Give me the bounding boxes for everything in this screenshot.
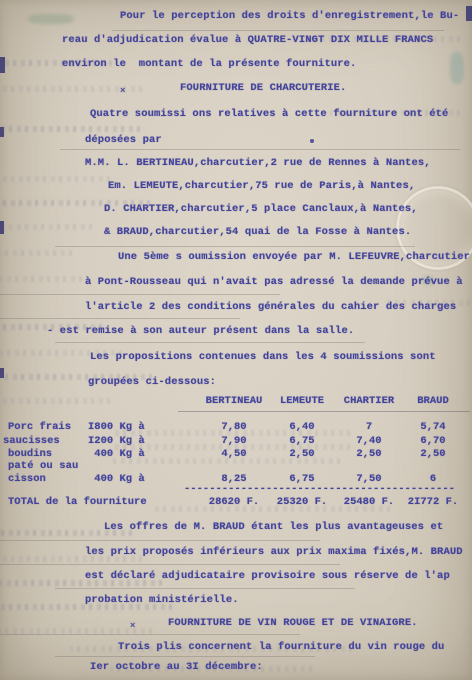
vin-line: Trois plis concernent la fourniture du v… (118, 641, 444, 654)
ruled-line (112, 30, 444, 31)
ruled-line (55, 246, 415, 247)
section-heading-vin: FOURNITURE DE VIN ROUGE ET DE VINAIGRE. (168, 617, 418, 630)
bidder-line: Em. LEMEUTE,charcutier,75 rue de Paris,à… (108, 180, 415, 193)
ruled-line (0, 540, 320, 541)
bleedthrough-text (0, 276, 82, 282)
total-cell: 28620 F. (200, 496, 268, 509)
award-line: les prix proposés inférieurs aux prix ma… (85, 546, 463, 559)
product-cell: cisson (0, 473, 88, 486)
price-cell: 7,40 (336, 435, 402, 448)
bleedthrough-text (0, 250, 72, 256)
bidder-line: & BRAUD,charcutier,54 quai de la Fosse à… (104, 226, 411, 239)
price-cell: 6,70 (402, 435, 464, 448)
bleedthrough-text (0, 224, 92, 230)
ink-smudge (28, 14, 74, 24)
bleedthrough-text (0, 126, 140, 132)
award-line: probation ministérielle. (85, 594, 239, 607)
award-line: Les offres de M. BRAUD étant les plus av… (104, 521, 443, 534)
quantity-cell: 400 Kg à (88, 448, 200, 461)
table-header-bidder: CHARTIER (336, 395, 402, 408)
table-row: Porc frais I800 Kg à 7,80 6,40 7 5,74 (0, 421, 470, 434)
total-cell: 25480 F. (336, 496, 402, 509)
price-cell: 2,50 (268, 448, 336, 461)
price-cell: 6,75 (268, 435, 336, 448)
ruled-line (0, 634, 300, 635)
table-header-row: BERTINEAU LEMEUTE CHARTIER BRAUD (0, 395, 470, 408)
table-header-empty (88, 395, 200, 408)
ruled-line (55, 342, 365, 343)
lefeuvre-line: - est remise à son auteur présent dans l… (47, 325, 354, 338)
lefeuvre-line: Une 5ème s oumission envoyée par M. LEFE… (118, 251, 470, 264)
quantity-cell: I200 Kg à (88, 435, 200, 448)
table-header-underline (178, 411, 470, 412)
price-cell: 4,50 (200, 448, 268, 461)
quantity-cell: I800 Kg à (88, 421, 200, 434)
price-cell: 6,40 (268, 421, 336, 434)
table-header-bidder: BERTINEAU (200, 395, 268, 408)
ruled-line (55, 656, 315, 657)
section-mark: × (120, 85, 126, 98)
bidder-line: D. CHARTIER,charcutier,5 place Canclaux,… (104, 203, 418, 216)
propositions-line: groupées ci-dessous: (88, 376, 216, 389)
table-header-bidder: BRAUD (402, 395, 464, 408)
lefeuvre-line: à Pont-Rousseau qui n'avait pas adressé … (85, 276, 463, 289)
total-label: TOTAL de la fourniture (0, 496, 200, 509)
edge-mark (466, 6, 472, 21)
ruled-line (55, 588, 355, 589)
table-total-row: TOTAL de la fourniture 28620 F. 25320 F.… (0, 496, 470, 509)
ruled-line (0, 564, 340, 565)
propositions-line: Les propositions contenues dans les 4 so… (90, 351, 436, 364)
ruled-line (0, 294, 280, 295)
product-cell: saucisses (0, 435, 88, 448)
price-cell: 2,50 (336, 448, 402, 461)
total-cell: 2I772 F. (402, 496, 464, 509)
ink-smudge (450, 52, 464, 84)
bleedthrough-text (0, 176, 110, 182)
scanned-document-page: Pour le perception des droits d'enregist… (0, 0, 472, 680)
price-cell: 5,74 (402, 421, 464, 434)
ruled-line (60, 149, 460, 150)
award-line: est déclaré adjudicataire provisoire sou… (85, 570, 450, 583)
table-header-empty (0, 395, 88, 408)
ink-dot (310, 139, 314, 143)
price-cell: 7 (336, 421, 402, 434)
product-cell: Porc frais (0, 421, 88, 434)
table-separator: ----------------------------------------… (184, 483, 470, 496)
submissions-line: Quatre soumissi ons relatives à cette fo… (90, 108, 448, 121)
section-mark: × (130, 620, 136, 633)
section-heading-charcuterie: FOURNITURE DE CHARCUTERIE. (180, 82, 346, 95)
total-cell: 25320 F. (268, 496, 336, 509)
price-cell: 7,80 (200, 421, 268, 434)
price-cell: 7,90 (200, 435, 268, 448)
lefeuvre-line: l'article 2 des conditions générales du … (85, 301, 456, 314)
vin-line: Ier octobre au 3I décembre: (90, 661, 263, 674)
product-cell-line1: paté ou sau (8, 460, 78, 473)
intro-line: Pour le perception des droits d'enregist… (120, 10, 459, 23)
price-cell: 2,50 (402, 448, 464, 461)
table-row: saucisses I200 Kg à 7,90 6,75 7,40 6,70 (0, 435, 470, 448)
bidder-line: M.M. L. BERTINEAU,charcutier,2 rue de Re… (85, 157, 431, 170)
ruled-line (0, 318, 240, 319)
submissions-line: déposées par (85, 134, 162, 147)
intro-line: reau d'adjudication évalue à QUATRE-VING… (62, 34, 433, 47)
table-header-bidder: LEMEUTE (268, 395, 336, 408)
intro-line: environ le montant de la présente fourni… (62, 58, 356, 71)
